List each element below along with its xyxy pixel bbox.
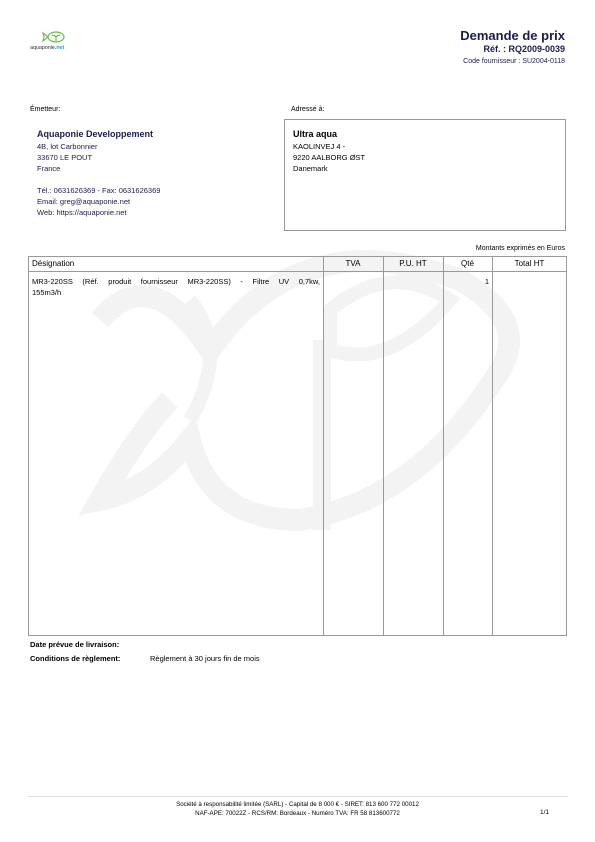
recipient-address-line1: KAOLINVEJ 4 - bbox=[293, 141, 565, 152]
fish-logo-icon bbox=[30, 30, 82, 45]
column-divider bbox=[443, 257, 444, 635]
designation-line1: MR3-220SS (Réf. produit fournisseur MR3-… bbox=[32, 276, 320, 287]
document-title: Demande de prix bbox=[460, 28, 565, 43]
emitter-web: Web: https://aquaponie.net bbox=[37, 207, 160, 218]
emitter-address-line1: 4B, lot Carbonnier bbox=[37, 141, 160, 152]
logo-text: aquaponie.net bbox=[30, 45, 64, 51]
supplier-code: Code fournisseur : SU2004-0118 bbox=[463, 58, 565, 65]
footer-line1: Société à responsabilité limitée (SARL) … bbox=[0, 800, 595, 809]
header-divider bbox=[29, 271, 566, 272]
payment-terms-label: Conditions de règlement: bbox=[30, 654, 120, 663]
column-header-pu-ht: P.U. HT bbox=[383, 259, 443, 268]
footer-divider bbox=[28, 796, 567, 797]
column-divider bbox=[323, 257, 324, 635]
column-header-total-ht: Total HT bbox=[492, 259, 567, 268]
emitter-address: Aquaponie Developpement 4B, lot Carbonni… bbox=[37, 128, 160, 218]
column-divider bbox=[383, 257, 384, 635]
footer-line2: NAF-APE: 70022Z - RCS/RM: Bordeaux - Num… bbox=[0, 809, 595, 818]
designation-line2: 155m3/h bbox=[32, 287, 320, 298]
column-header-tva: TVA bbox=[323, 259, 383, 268]
recipient-country: Danemark bbox=[293, 163, 565, 174]
emitter-country: France bbox=[37, 163, 160, 174]
emitter-phone-fax: Tél.: 0631626369 - Fax: 0631626369 bbox=[37, 185, 160, 196]
footer-legal: Société à responsabilité limitée (SARL) … bbox=[0, 800, 595, 818]
payment-terms-value: Règlement à 30 jours fin de mois bbox=[150, 654, 260, 663]
recipient-label: Adressé à: bbox=[291, 106, 324, 113]
column-header-designation: Désignation bbox=[32, 259, 74, 268]
column-divider bbox=[492, 257, 493, 635]
emitter-name: Aquaponie Developpement bbox=[37, 128, 160, 141]
emitter-address-line2: 33670 LE POUT bbox=[37, 152, 160, 163]
column-header-qty: Qté bbox=[443, 259, 492, 268]
recipient-name: Ultra aqua bbox=[293, 128, 565, 141]
table-row-designation: MR3-220SS (Réf. produit fournisseur MR3-… bbox=[32, 276, 320, 298]
recipient-address-box: Ultra aqua KAOLINVEJ 4 - 9220 AALBORG ØS… bbox=[284, 119, 566, 231]
document-reference: Réf. : RQ2009-0039 bbox=[483, 44, 565, 54]
items-table: Désignation TVA P.U. HT Qté Total HT MR3… bbox=[28, 256, 567, 636]
emitter-label: Émetteur: bbox=[30, 106, 60, 113]
delivery-date-label: Date prévue de livraison: bbox=[30, 640, 119, 649]
page-number: 1/1 bbox=[540, 809, 549, 816]
emitter-email: Email: greg@aquaponie.net bbox=[37, 196, 160, 207]
table-row-qty: 1 bbox=[443, 276, 489, 287]
currency-note: Montants exprimés en Euros bbox=[476, 245, 565, 252]
company-logo: aquaponie.net bbox=[30, 30, 82, 56]
recipient-address-line2: 9220 AALBORG ØST bbox=[293, 152, 565, 163]
